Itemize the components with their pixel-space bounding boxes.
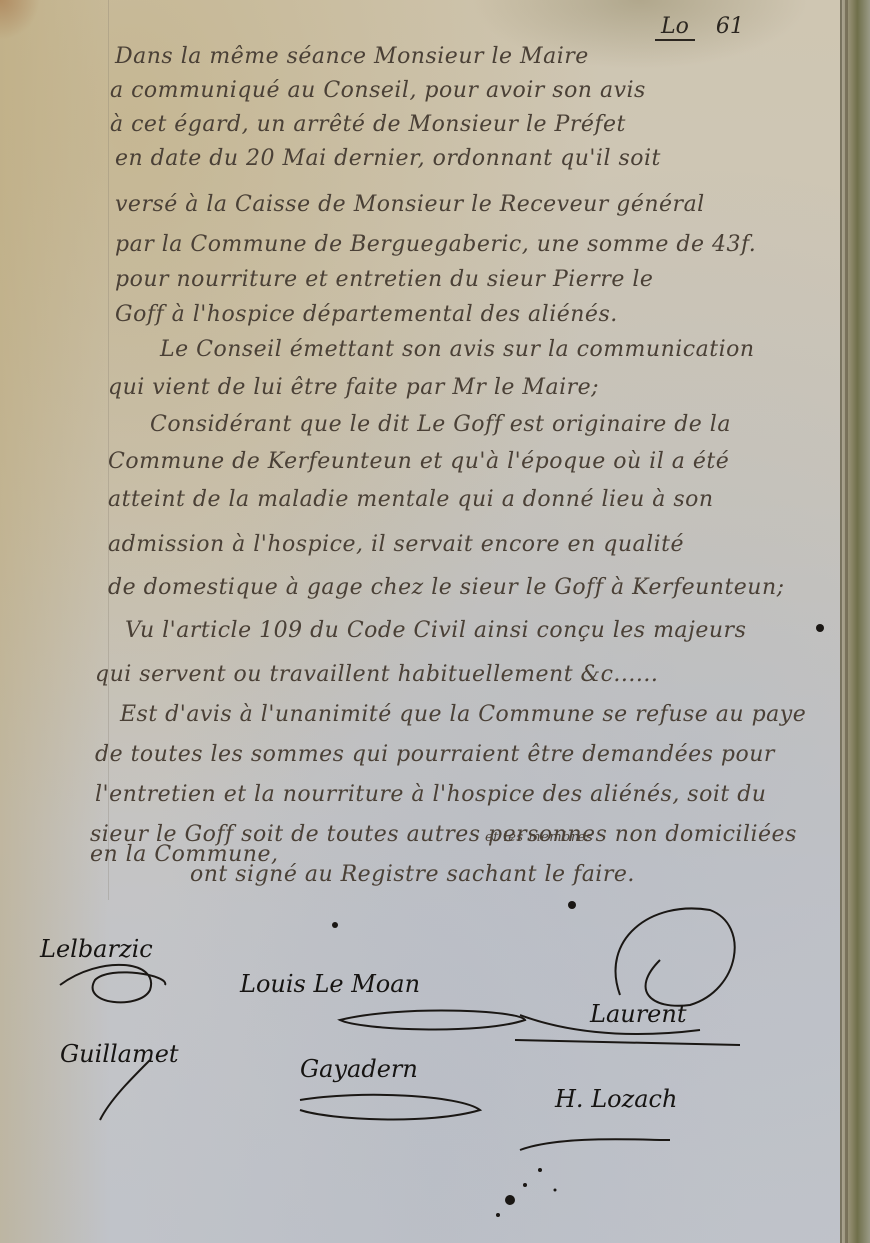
signature-flourishes (0, 0, 870, 1243)
scanned-register-page: Lo 61 Dans la même séance Monsieur le Ma… (0, 0, 870, 1243)
